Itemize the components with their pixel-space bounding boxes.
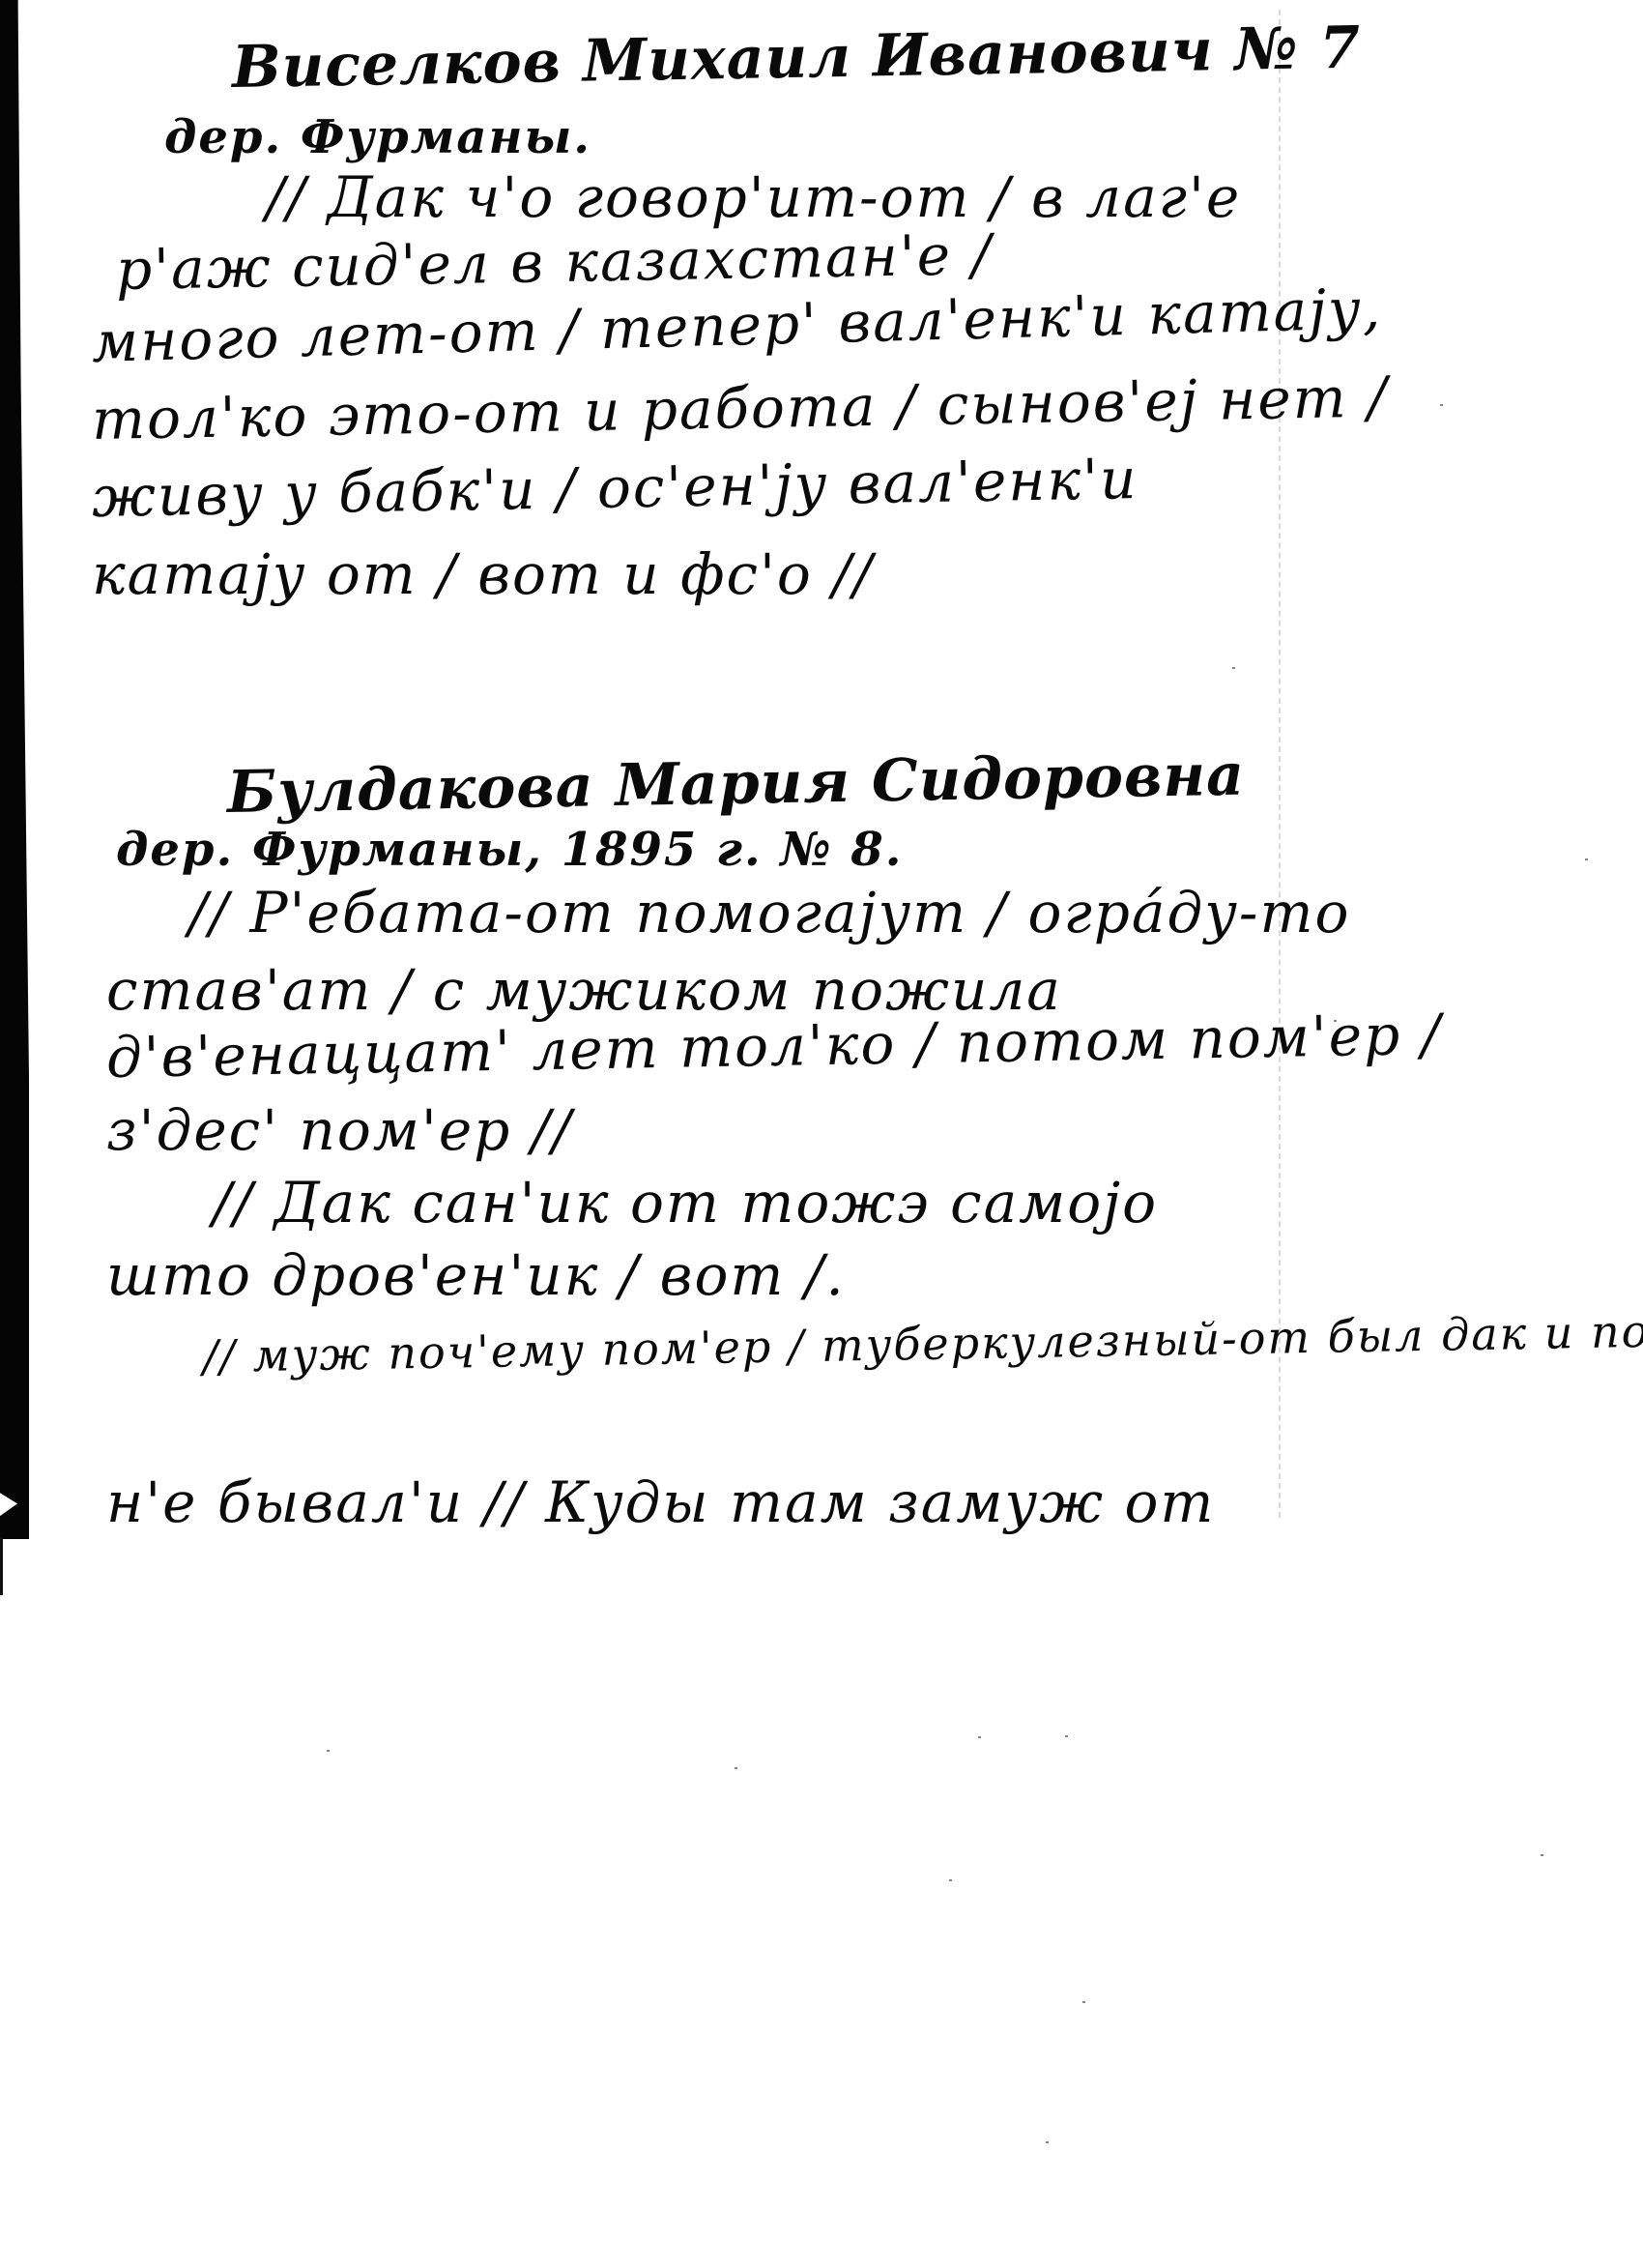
entry-1-village: дер. Фурманы. [164,114,591,160]
entry-1-text-line-2: р'аж сид'ел в казахстан'е / [115,226,993,298]
scan-speck [1334,1020,1337,1022]
entry-2-text-line-8: н'е бывал'и // Куды там замуж от [106,1474,1215,1530]
scan-speck [1440,404,1443,406]
entry-2-speaker-name: Булдакова Мария Сидоровна [226,746,1245,822]
scan-speck [949,1879,952,1881]
entry-1-text-line-5: живу у бабк'и / ос'ен'jу вал'енк'и [91,451,1138,525]
entry-2-village-year-number: дер. Фурманы, 1895 г. № 8. [116,827,903,873]
entry-1-text-line-4: тол'ко это-от и работа / сынов'ej нет / [91,369,1389,448]
scan-speck [735,1767,737,1769]
entry-2-text-line-7: // муж поч'ему пом'ер / туберкулезный-от… [203,1303,1643,1379]
scan-speck [978,1736,981,1738]
entry-2-text-line-2: став'ат / с мужиком пожила [106,962,1062,1018]
entry-1-text-line-1: // Дак ч'о говор'ит-от / в лаг'е [266,169,1241,225]
scan-speck [1046,2141,1049,2143]
entry-2-text-line-5: // Дак сан'ик от тожэ самојо [213,1175,1158,1231]
scan-speck [1585,858,1588,860]
manuscript-page: Виселков Михаил Иванович № 7 дер. Фурман… [0,0,1643,2268]
entry-2-text-line-6: што дров'ен'ик / вот /. [106,1247,846,1303]
scan-speck [1065,1735,1068,1737]
scan-speck [327,1750,330,1752]
entry-1-text-line-6: катају от / вот и фс'о // [92,546,874,602]
scan-speck [1082,2001,1085,2003]
entry-1-speaker-name: Виселков Михаил Иванович № 7 [231,19,1361,97]
entry-2-text-line-4: з'дес' пом'ер // [106,1102,573,1158]
scan-speck [1232,667,1235,669]
entry-2-text-line-1: // Р'ебата-от помогајут / огра́ду-то [188,885,1350,941]
scan-speck [1541,1854,1543,1856]
